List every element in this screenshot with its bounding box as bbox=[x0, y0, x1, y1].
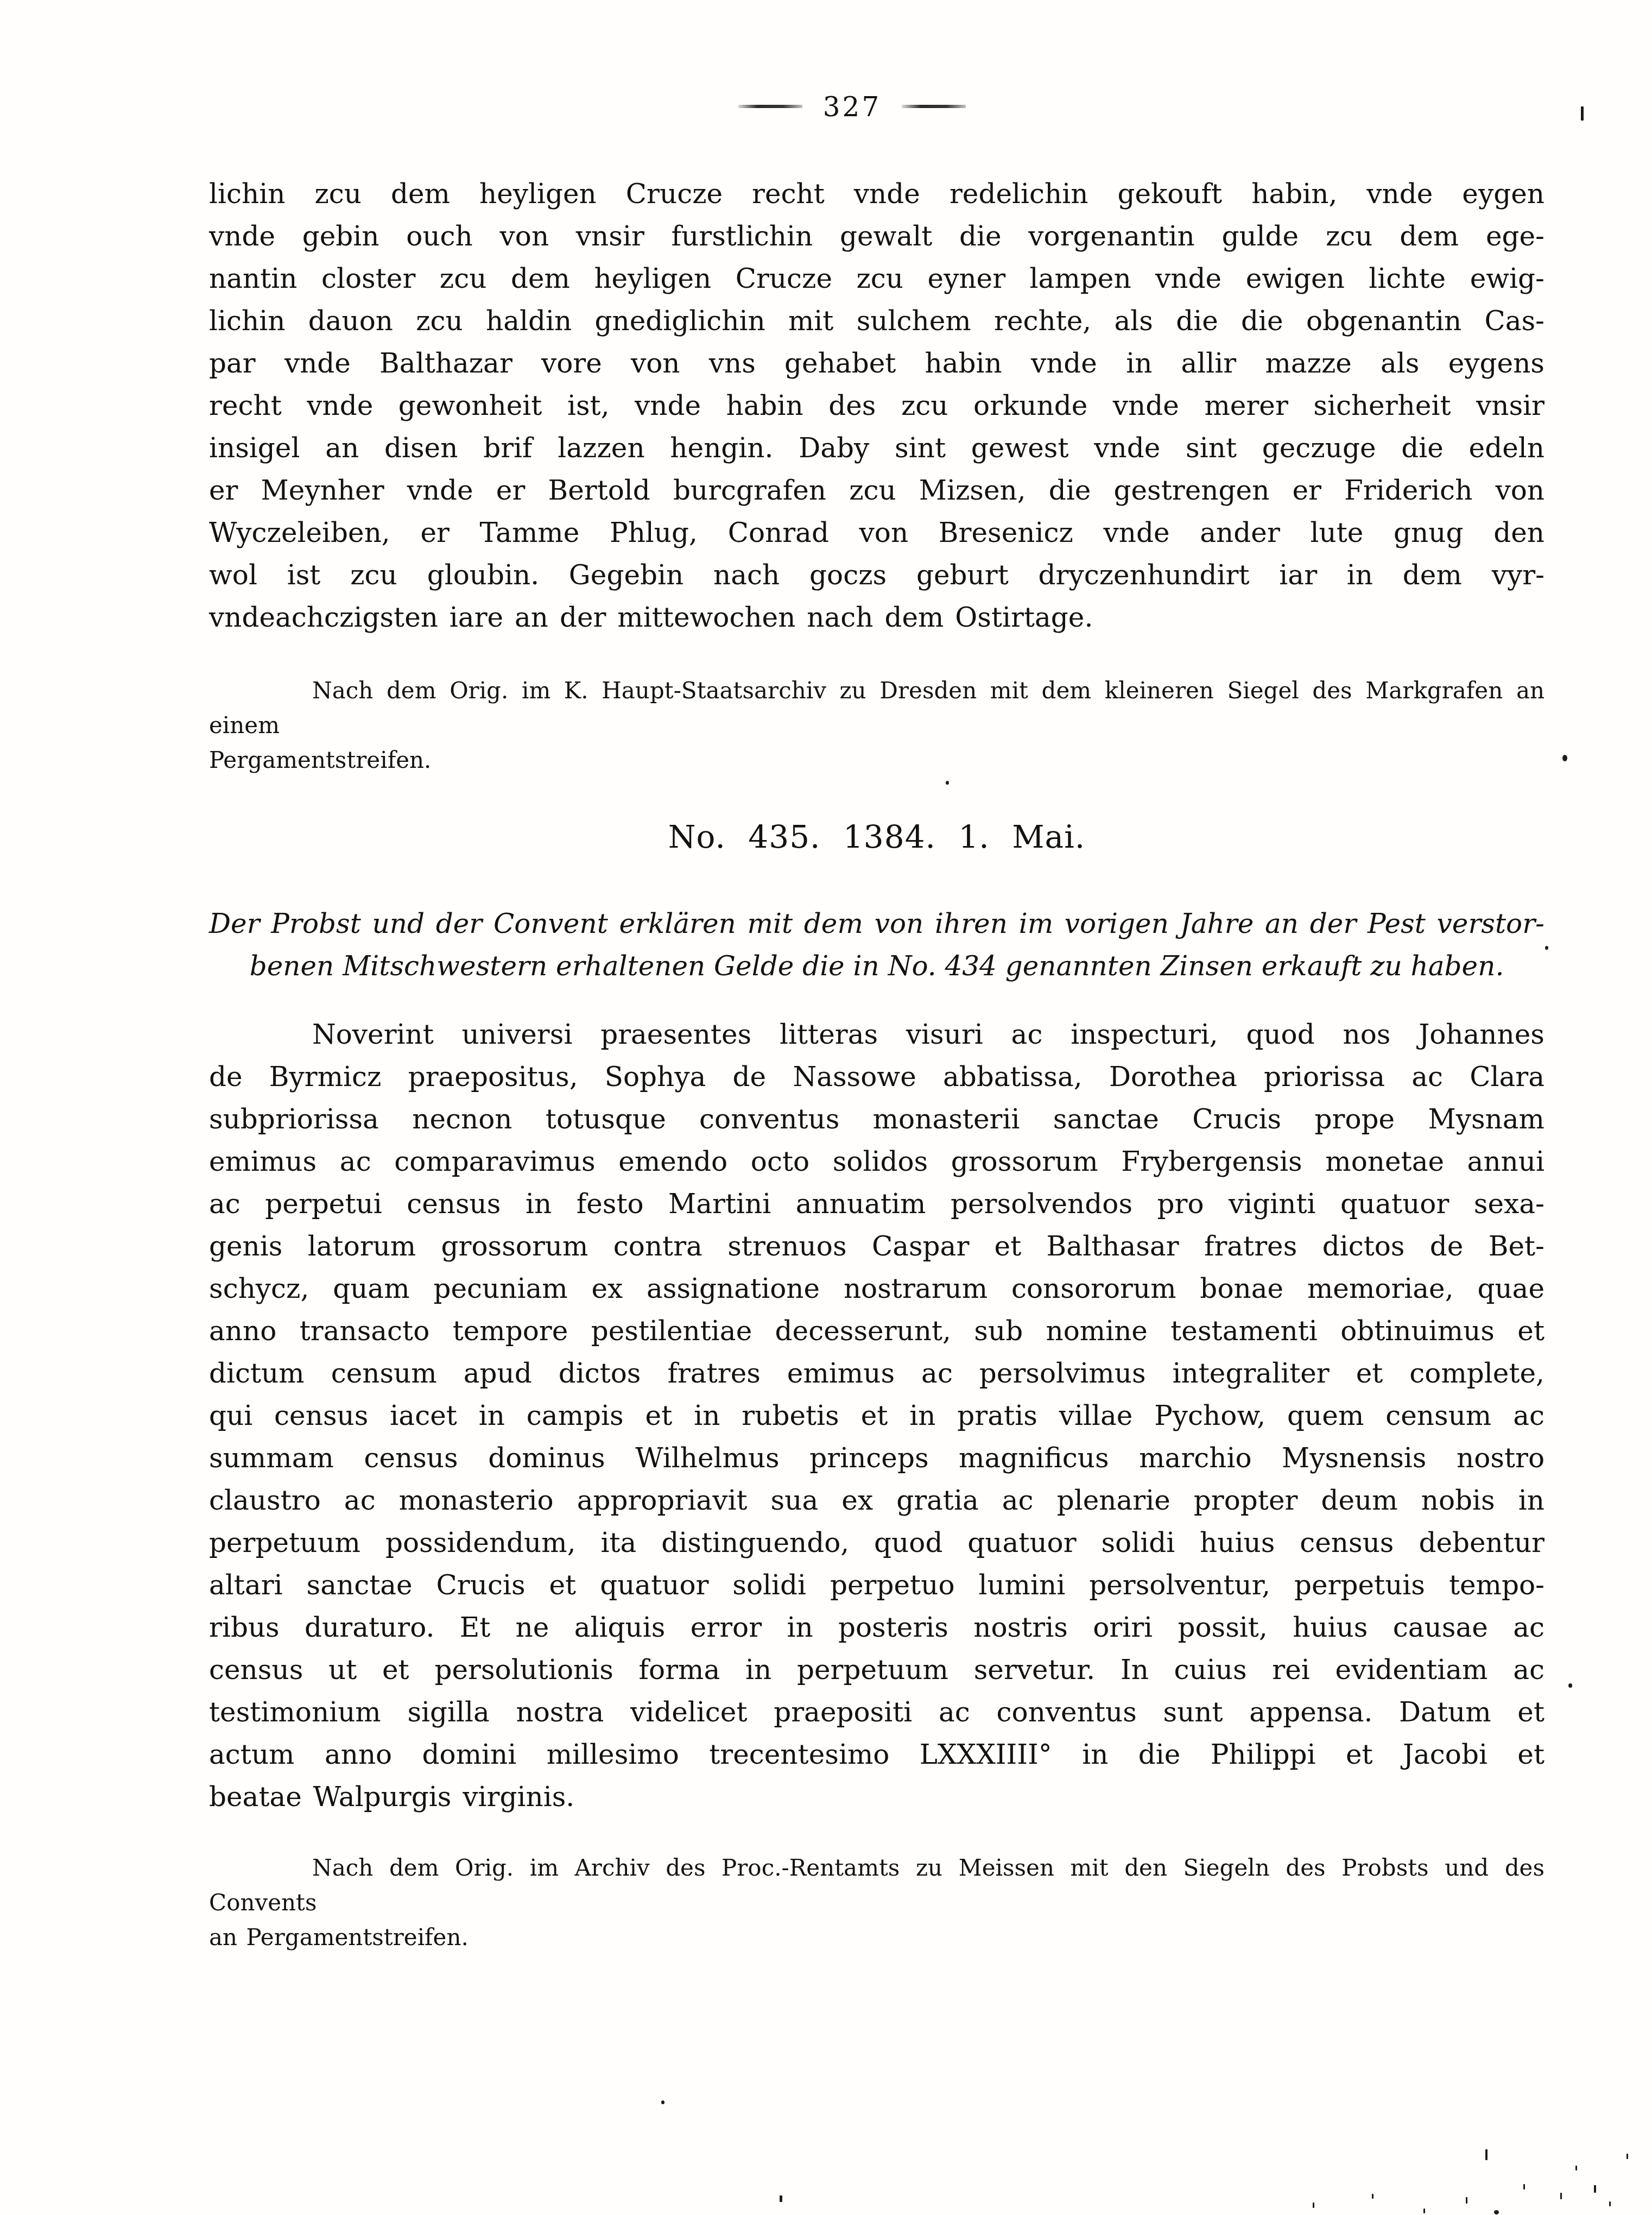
scan-speck bbox=[1626, 2154, 1628, 2159]
source-note-435: Nach dem Orig. im Archiv des Proc.-Renta… bbox=[209, 1851, 1545, 1955]
source-note-434: Nach dem Orig. im K. Haupt-Staatsarchiv … bbox=[209, 673, 1545, 778]
text-line: ribus duraturo. Et ne aliquis error in p… bbox=[209, 1606, 1545, 1649]
text-line: Der Probst und der Convent erklären mit … bbox=[209, 903, 1545, 945]
text-line: an Pergamentstreifen. bbox=[209, 1920, 1545, 1955]
scan-speck bbox=[661, 2100, 664, 2104]
scan-speck bbox=[1581, 106, 1584, 121]
text-line: Nach dem Orig. im Archiv des Proc.-Renta… bbox=[209, 1851, 1545, 1920]
scan-speck bbox=[1560, 2193, 1562, 2199]
text-line: lichin zcu dem heyligen Crucze recht vnd… bbox=[209, 173, 1545, 215]
scan-speck bbox=[1485, 2149, 1488, 2160]
text-line: schycz, quam pecuniam ex assignatione no… bbox=[209, 1267, 1545, 1310]
scan-speck bbox=[1545, 946, 1548, 950]
scan-speck bbox=[1523, 2184, 1525, 2189]
scan-speck bbox=[1313, 2203, 1314, 2208]
scan-speck bbox=[946, 781, 949, 785]
text-line: benen Mitschwestern erhaltenen Gelde die… bbox=[209, 945, 1545, 987]
charter-435-body-paragraph: Noverint universi praesentes litteras vi… bbox=[209, 1013, 1545, 1818]
text-line: vnde gebin ouch von vnsir furstlichin ge… bbox=[209, 215, 1545, 257]
page-header: 327 bbox=[26, 86, 1652, 128]
scan-speck bbox=[1423, 2208, 1425, 2213]
text-line: recht vnde gewonheit ist, vnde habin des… bbox=[209, 384, 1545, 427]
text-line: qui census iacet in campis et in rubetis… bbox=[209, 1394, 1545, 1437]
text-line: genis latorum grossorum contra strenuos … bbox=[209, 1225, 1545, 1267]
scan-speck bbox=[1562, 755, 1567, 761]
scan-speck bbox=[780, 2195, 782, 2202]
scanned-book-page: 327 lichin zcu dem heyligen Crucze recht… bbox=[0, 0, 1652, 2215]
text-line: census ut et persolutionis forma in perp… bbox=[209, 1649, 1545, 1691]
text-line: actum anno domini millesimo trecentesimo… bbox=[209, 1733, 1545, 1776]
text-line: par vnde Balthazar vore von vns gehabet … bbox=[209, 342, 1545, 384]
text-line: emimus ac comparavimus emendo octo solid… bbox=[209, 1140, 1545, 1183]
scan-speck bbox=[1494, 2210, 1499, 2214]
header-left-rule bbox=[738, 105, 802, 108]
text-line: Pergamentstreifen. bbox=[209, 743, 1545, 778]
scan-speck bbox=[1575, 2166, 1577, 2170]
text-line: Nach dem Orig. im K. Haupt-Staatsarchiv … bbox=[209, 673, 1545, 743]
text-line: anno transacto tempore pestilentiae dece… bbox=[209, 1310, 1545, 1352]
text-line: subpriorissa necnon totusque conventus m… bbox=[209, 1098, 1545, 1140]
charter-435-summary: Der Probst und der Convent erklären mit … bbox=[209, 903, 1545, 987]
text-line: wol ist zcu gloubin. Gegebin nach goczs … bbox=[209, 554, 1545, 596]
text-line: perpetuum possidendum, ita distinguendo,… bbox=[209, 1522, 1545, 1564]
text-line: altari sanctae Crucis et quatuor solidi … bbox=[209, 1564, 1545, 1606]
text-line: Wyczeleiben, er Tamme Phlug, Conrad von … bbox=[209, 512, 1545, 554]
scan-speck bbox=[1609, 2201, 1611, 2206]
text-line: testimonium sigilla nostra videlicet pra… bbox=[209, 1691, 1545, 1733]
scan-speck bbox=[1594, 2185, 1596, 2193]
text-line: er Meynher vnde er Bertold burcgrafen zc… bbox=[209, 469, 1545, 512]
scan-speck bbox=[1568, 1683, 1572, 1688]
text-line: ac perpetui census in festo Martini annu… bbox=[209, 1183, 1545, 1225]
text-line: de Byrmicz praepositus, Sophya de Nassow… bbox=[209, 1056, 1545, 1098]
text-line: lichin dauon zcu haldin gnediglichin mit… bbox=[209, 300, 1545, 342]
text-line: claustro ac monasterio appropriavit sua … bbox=[209, 1479, 1545, 1522]
page-number: 327 bbox=[823, 91, 881, 123]
text-line: summam census dominus Wilhelmus princeps… bbox=[209, 1437, 1545, 1479]
text-line: Noverint universi praesentes litteras vi… bbox=[209, 1013, 1545, 1056]
text-line: vndeachczigsten iare an der mittewochen … bbox=[209, 596, 1545, 639]
text-line: insigel an disen brif lazzen hengin. Dab… bbox=[209, 427, 1545, 469]
charter-434-continuation-paragraph: lichin zcu dem heyligen Crucze recht vnd… bbox=[209, 173, 1545, 639]
text-line: beatae Walpurgis virginis. bbox=[209, 1776, 1545, 1818]
charter-435-heading: No. 435. 1384. 1. Mai. bbox=[209, 816, 1545, 858]
scan-speck bbox=[1466, 2197, 1467, 2204]
text-line: nantin closter zcu dem heyligen Crucze z… bbox=[209, 257, 1545, 300]
header-right-rule bbox=[902, 105, 966, 108]
scan-speck bbox=[1372, 2194, 1373, 2199]
text-line: dictum censum apud dictos fratres emimus… bbox=[209, 1352, 1545, 1394]
